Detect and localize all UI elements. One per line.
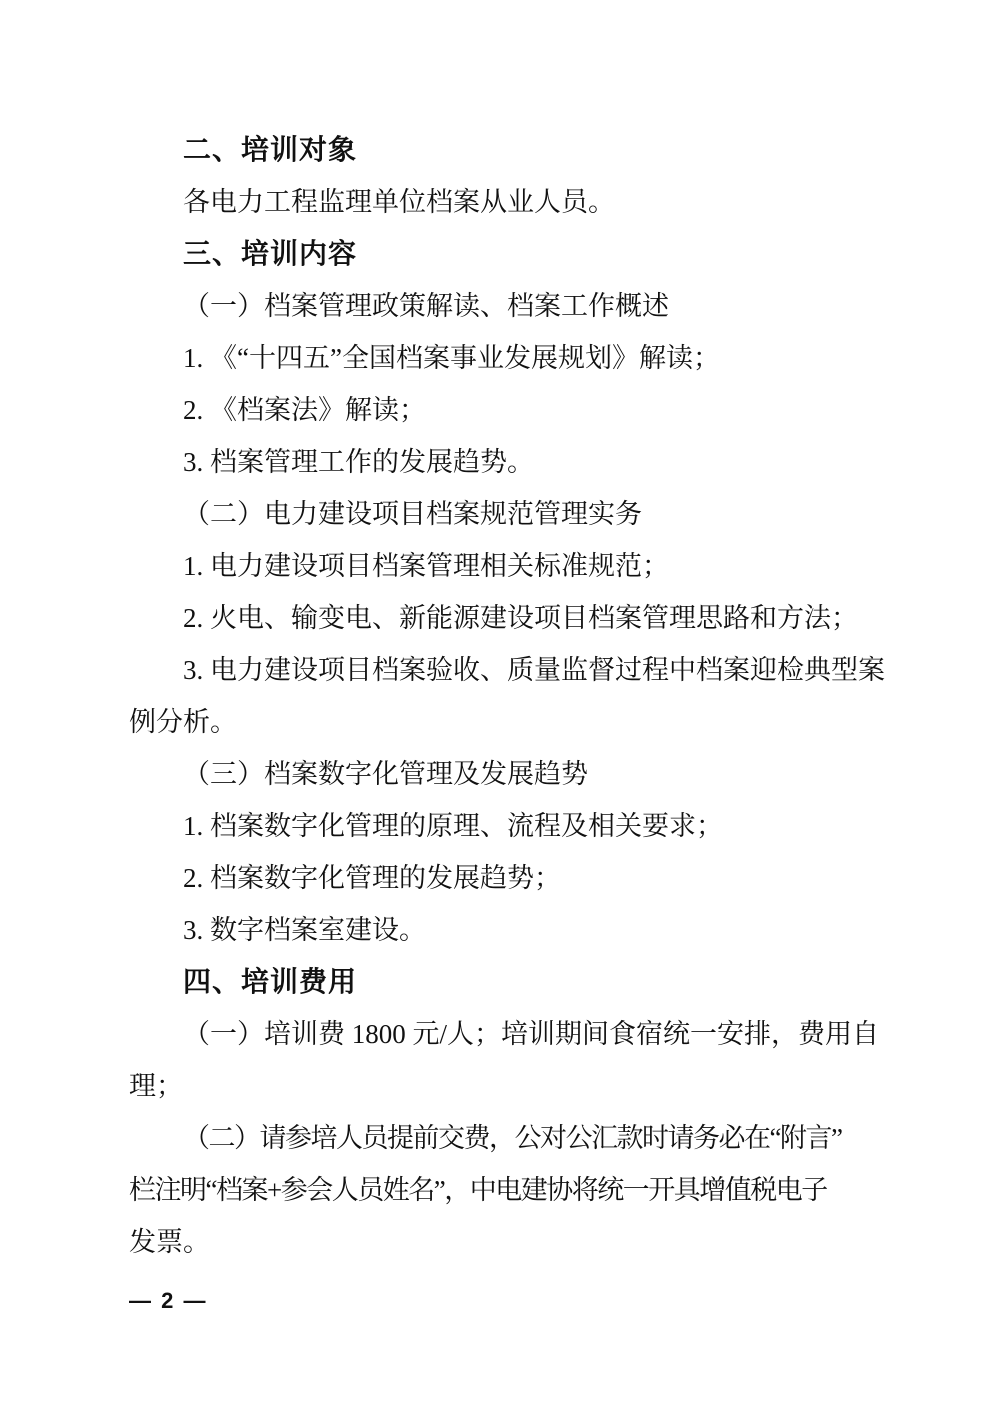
subsection-heading: （三）档案数字化管理及发展趋势 (129, 748, 879, 800)
paragraph-line: 各电力工程监理单位档案从业人员。 (129, 176, 879, 228)
paragraph-line: （二）请参培人员提前交费，公对公汇款时请务必在“附言” (129, 1112, 879, 1164)
paragraph-line-continuation: 理； (129, 1060, 879, 1112)
list-item: 3. 档案管理工作的发展趋势。 (129, 436, 879, 488)
subsection-heading: （一）档案管理政策解读、档案工作概述 (129, 280, 879, 332)
list-item-continuation: 例分析。 (129, 696, 879, 748)
paragraph-line-continuation: 栏注明“档案+参会人员姓名”，中电建协将统一开具增值税电子 (129, 1164, 879, 1216)
paragraph-line: （一）培训费 1800 元/人；培训期间食宿统一安排，费用自 (129, 1008, 879, 1060)
list-item: 1. 档案数字化管理的原理、流程及相关要求； (129, 800, 879, 852)
list-item: 1. 《“十四五”全国档案事业发展规划》解读； (129, 332, 879, 384)
list-item: 2. 火电、输变电、新能源建设项目档案管理思路和方法； (129, 592, 879, 644)
page-number: — 2 — (129, 1281, 207, 1321)
list-item: 3. 电力建设项目档案验收、质量监督过程中档案迎检典型案 (129, 644, 879, 696)
paragraph-line-continuation: 发票。 (129, 1216, 879, 1268)
section-heading-training-content: 三、培训内容 (129, 228, 879, 280)
section-heading-training-fees: 四、培训费用 (129, 956, 879, 1008)
list-item: 3. 数字档案室建设。 (129, 904, 879, 956)
document-page: 二、培训对象 各电力工程监理单位档案从业人员。 三、培训内容 （一）档案管理政策… (0, 0, 992, 1403)
section-heading-training-targets: 二、培训对象 (129, 124, 879, 176)
list-item: 2. 《档案法》解读； (129, 384, 879, 436)
list-item: 2. 档案数字化管理的发展趋势； (129, 852, 879, 904)
subsection-heading: （二）电力建设项目档案规范管理实务 (129, 488, 879, 540)
document-body: 二、培训对象 各电力工程监理单位档案从业人员。 三、培训内容 （一）档案管理政策… (129, 124, 879, 1268)
list-item: 1. 电力建设项目档案管理相关标准规范； (129, 540, 879, 592)
